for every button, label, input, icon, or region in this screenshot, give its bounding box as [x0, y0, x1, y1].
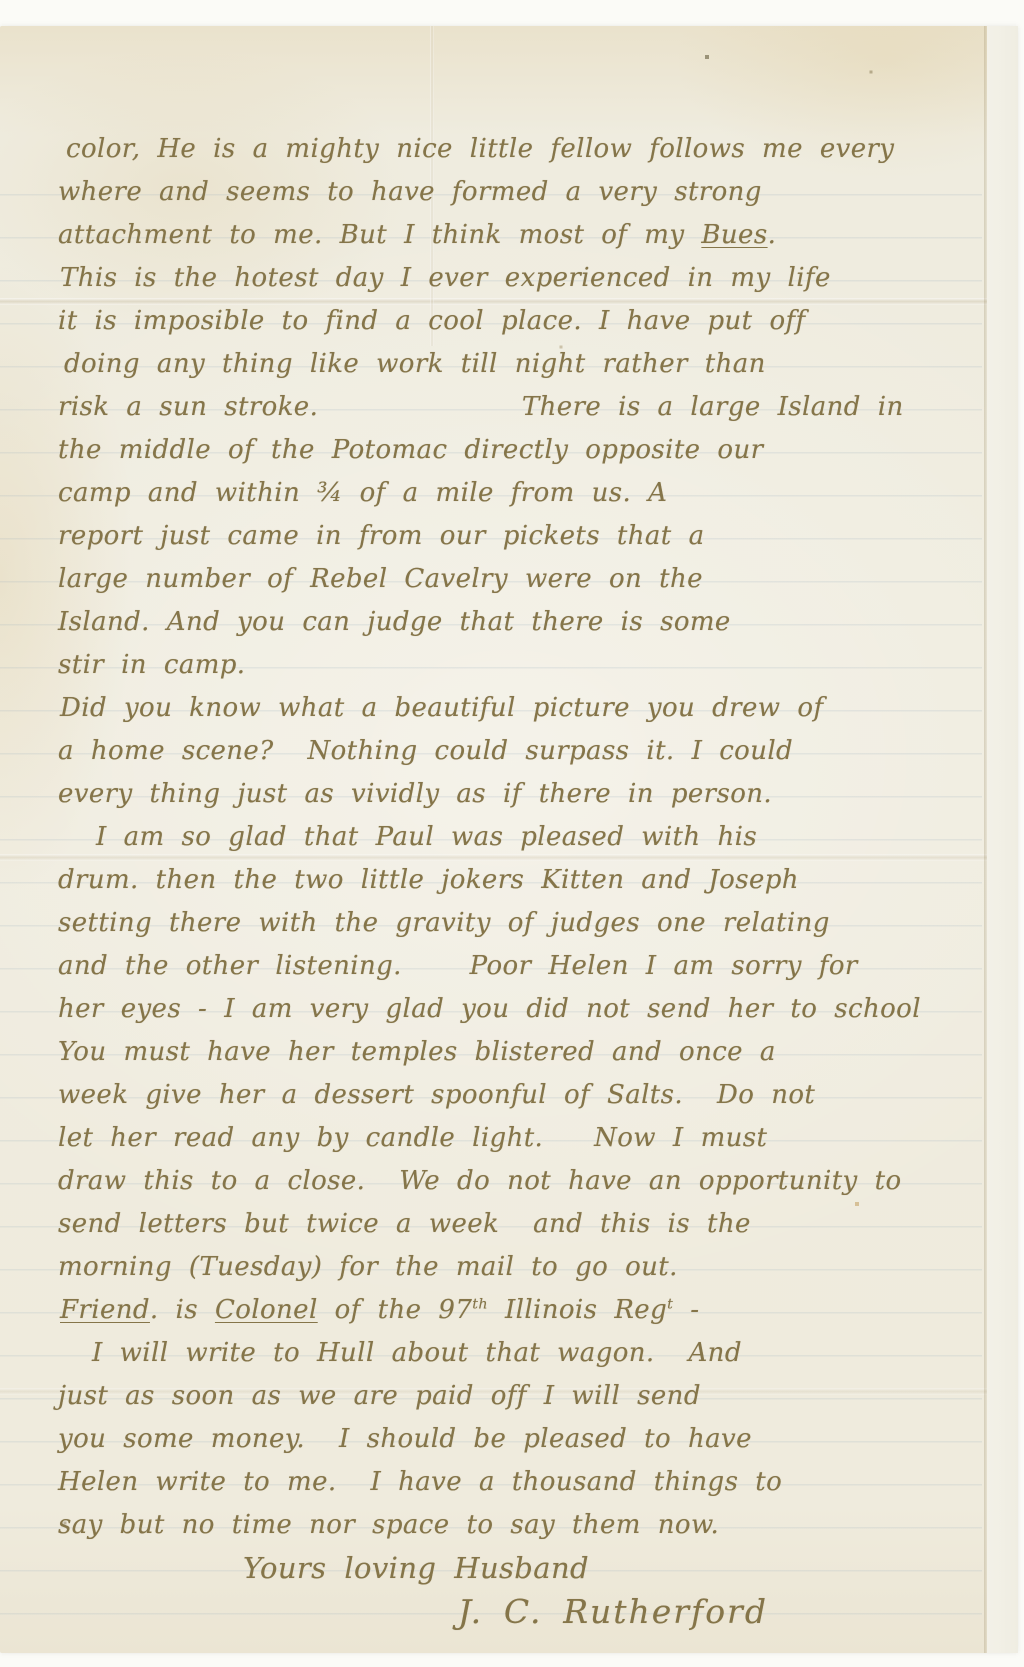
letter-line: I will write to Hull about that wagon. A…	[58, 1332, 988, 1375]
letter-line: stir in camp.	[58, 644, 988, 687]
letter-line: drum. then the two little jokers Kitten …	[58, 859, 988, 902]
letter-line: just as soon as we are paid off I will s…	[58, 1375, 988, 1418]
letter-page: color, He is a mighty nice little fellow…	[0, 26, 1018, 1653]
letter-line: and the other listening. Poor Helen I am…	[58, 945, 988, 988]
letter-line: large number of Rebel Cavelry were on th…	[58, 558, 988, 601]
letter-line: Did you know what a beautiful picture yo…	[58, 687, 988, 730]
letter-line: doing any thing like work till night rat…	[58, 343, 988, 386]
letter-line: send letters but twice a week and this i…	[58, 1203, 988, 1246]
letter-line: say but no time nor space to say them no…	[58, 1504, 988, 1547]
letter-line: camp and within ¾ of a mile from us. A	[58, 472, 988, 515]
letter-line: report just came in from our pickets tha…	[58, 515, 988, 558]
letter-line: This is the hotest day I ever experience…	[58, 257, 988, 300]
letter-line: every thing just as vividly as if there …	[58, 773, 988, 816]
letter-line: You must have her temples blistered and …	[58, 1031, 988, 1074]
letter-line: attachment to me. But I think most of my…	[58, 214, 988, 257]
letter-line: where and seems to have formed a very st…	[58, 171, 988, 214]
letter-line: Island. And you can judge that there is …	[58, 601, 988, 644]
letter-line: I am so glad that Paul was pleased with …	[58, 816, 988, 859]
paper-specks	[0, 26, 2, 28]
letter-line: draw this to a close. We do not have an …	[58, 1160, 988, 1203]
letter-line: Helen write to me. I have a thousand thi…	[58, 1461, 988, 1504]
signature-line: J. C. Rutherford	[58, 1590, 988, 1633]
letter-line: Friend. is Colonel of the 97th Illinois …	[58, 1289, 988, 1332]
closing-line: Yours loving Husband	[58, 1547, 988, 1590]
letter-line: her eyes - I am very glad you did not se…	[58, 988, 988, 1031]
letter-line: the middle of the Potomac directly oppos…	[58, 429, 988, 472]
letter-line: a home scene? Nothing could surpass it. …	[58, 730, 988, 773]
letter-line: it is imposible to find a cool place. I …	[58, 300, 988, 343]
letter-line: color, He is a mighty nice little fellow…	[58, 128, 988, 171]
letter-line: morning (Tuesday) for the mail to go out…	[58, 1246, 988, 1289]
letter-line: week give her a dessert spoonful of Salt…	[58, 1074, 988, 1117]
letter-line: you some money. I should be pleased to h…	[58, 1418, 988, 1461]
letter-line: setting there with the gravity of judges…	[58, 902, 988, 945]
letter-line: let her read any by candle light. Now I …	[58, 1117, 988, 1160]
page-edge-strip	[987, 26, 1018, 1653]
letter-body: color, He is a mighty nice little fellow…	[58, 128, 988, 1633]
letter-line: risk a sun stroke. There is a large Isla…	[58, 386, 988, 429]
